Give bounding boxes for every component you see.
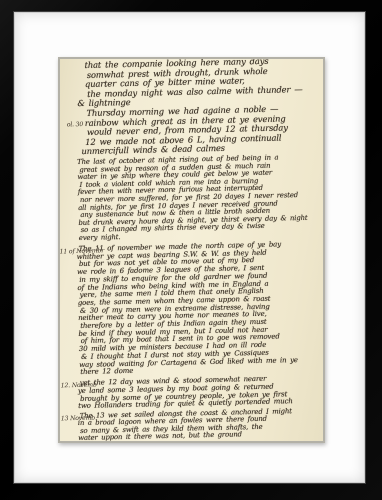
manuscript-paragraph: 11 of NovembrThe 11 of november we made … — [77, 240, 323, 376]
mat-board: that the companie looking here many days… — [14, 12, 365, 483]
margin-date-note: 12. Novemb — [61, 382, 97, 391]
manuscript-page: that the companie looking here many days… — [58, 57, 325, 443]
manuscript-paragraph: 12. Novembyet the 12 day was wind & stoo… — [78, 375, 322, 412]
manuscript-paragraph: ol. 30Thursday morning we had againe a n… — [84, 103, 321, 156]
margin-date-note: ol. 30 — [67, 120, 84, 130]
margin-date-note: 11 of Novembr — [60, 247, 104, 256]
picture-frame: that the companie looking here many days… — [0, 0, 382, 500]
manuscript-paragraph: that the companie looking here many days… — [84, 57, 321, 108]
framed-artwork: that the companie looking here many days… — [0, 0, 382, 500]
manuscript-paragraph: The last of october at night rising out … — [77, 153, 322, 242]
margin-date-note: 13 Novemb — [61, 414, 95, 422]
manuscript-text: that the companie looking here many days… — [60, 59, 323, 441]
manuscript-paragraph: 13 NovembThe 13 we set sailed alongst th… — [78, 407, 322, 442]
